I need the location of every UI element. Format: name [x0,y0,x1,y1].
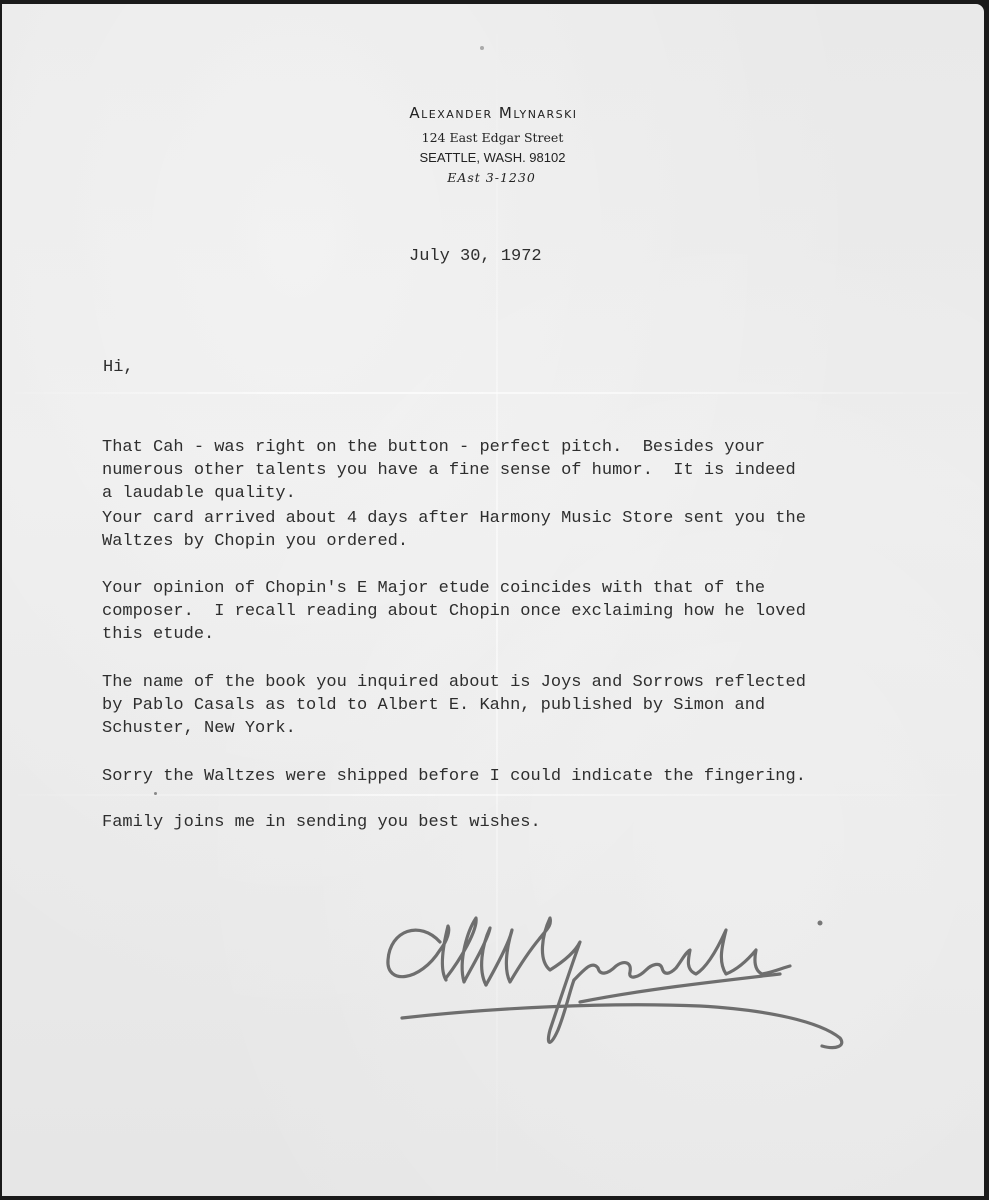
letterhead: Alexander Mlynarski 124 East Edgar Stree… [0,104,989,185]
paragraph-line: composer. I recall reading about Chopin … [102,600,922,623]
paragraph-line: Schuster, New York. [102,717,922,740]
paragraph-line: by Pablo Casals as told to Albert E. Kah… [102,694,922,717]
paragraph-line: That Cah - was right on the button - per… [102,436,922,459]
letter-paragraph: Your card arrived about 4 days after Har… [102,507,922,553]
handwritten-signature [370,890,850,1060]
letter-paragraph: The name of the book you inquired about … [102,671,922,740]
paragraph-line: Family joins me in sending you best wish… [102,811,922,834]
paragraph-line: Sorry the Waltzes were shipped before I … [102,765,922,788]
paragraph-line: this etude. [102,623,922,646]
paragraph-line: Your card arrived about 4 days after Har… [102,507,922,530]
paragraph-line: The name of the book you inquired about … [102,671,922,694]
letterhead-phone: EAst 3-1230 [0,170,989,185]
paper-speck [154,792,157,795]
letterhead-city: SEATTLE, WASH. 98102 [0,150,989,165]
letter-paragraph: Your opinion of Chopin's E Major etude c… [102,577,922,646]
letter-paragraph: Family joins me in sending you best wish… [102,811,922,834]
paragraph-line: numerous other talents you have a fine s… [102,459,922,482]
letterhead-street: 124 East Edgar Street [0,130,989,145]
paper-speck [480,46,484,50]
letter-paragraph: That Cah - was right on the button - per… [102,436,922,505]
paragraph-line: Waltzes by Chopin you ordered. [102,530,922,553]
letter-date: July 30, 1972 [409,245,542,268]
letter-greeting: Hi, [103,356,134,379]
paragraph-line: Your opinion of Chopin's E Major etude c… [102,577,922,600]
letter-paragraph: Sorry the Waltzes were shipped before I … [102,765,922,788]
paragraph-line: a laudable quality. [102,482,922,505]
letterhead-name: Alexander Mlynarski [0,104,989,122]
paper-fold-line [2,794,984,796]
paper-fold-line [2,392,984,394]
